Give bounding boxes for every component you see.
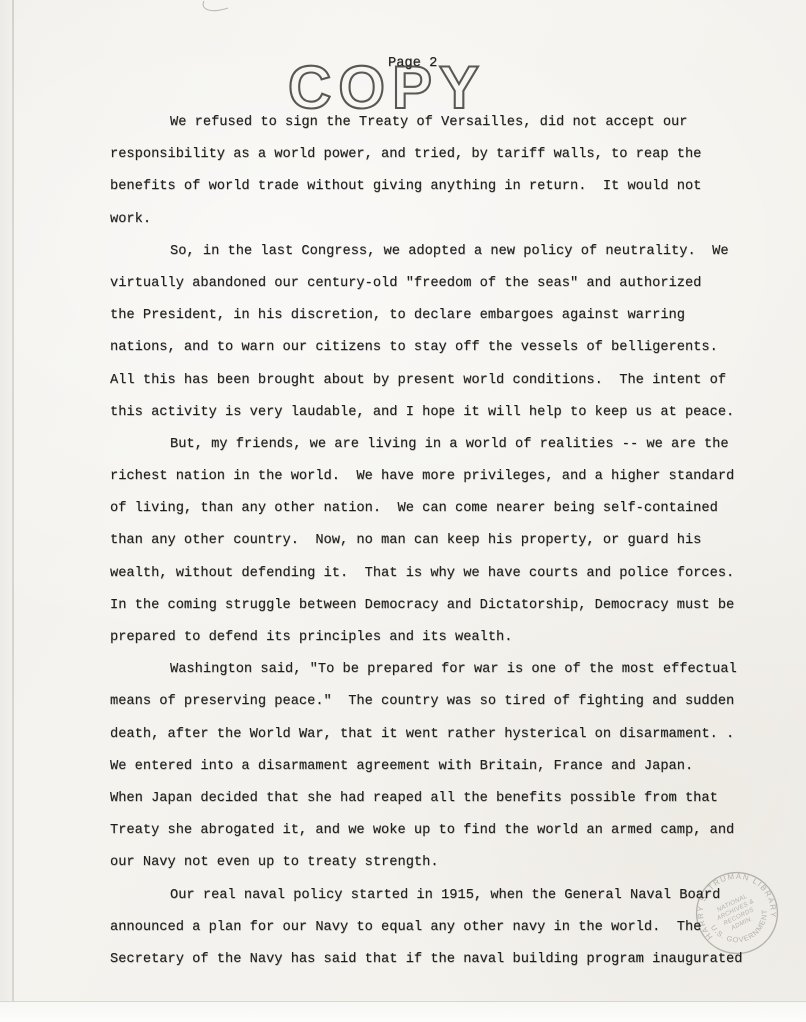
text-line: virtually abandoned our century-old "fre… — [110, 268, 770, 300]
scanned-document-page: HARRY S. TRUMAN LIBRARY U.S. GOVERNMENT … — [0, 0, 806, 1022]
scanner-background — [0, 1002, 806, 1022]
text-line: benefits of world trade without giving a… — [110, 171, 770, 203]
typed-text-block: We refused to sign the Treaty of Versail… — [110, 107, 770, 976]
paragraph-4: Washington said, "To be prepared for war… — [110, 654, 770, 879]
text-line: In the coming struggle between Democracy… — [110, 590, 770, 622]
text-line: the President, in his discretion, to dec… — [110, 300, 770, 332]
paper-left-edge — [12, 0, 14, 1001]
text-line: death, after the World War, that it went… — [110, 719, 770, 751]
paragraph-1: We refused to sign the Treaty of Versail… — [110, 107, 770, 236]
text-line: our Navy not even up to treaty strength. — [110, 847, 770, 879]
text-line: Washington said, "To be prepared for war… — [110, 654, 770, 686]
text-line: We entered into a disarmament agreement … — [110, 751, 770, 783]
text-line: All this has been brought about by prese… — [110, 365, 770, 397]
text-line: When Japan decided that she had reaped a… — [110, 783, 770, 815]
text-line: wealth, without defending it. That is wh… — [110, 558, 770, 590]
text-line: But, my friends, we are living in a worl… — [110, 429, 770, 461]
text-line: nations, and to warn our citizens to sta… — [110, 332, 770, 364]
text-line: announced a plan for our Navy to equal a… — [110, 912, 770, 944]
text-line: Our real naval policy started in 1915, w… — [110, 880, 770, 912]
text-line: prepared to defend its principles and it… — [110, 622, 770, 654]
text-line: Secretary of the Navy has said that if t… — [110, 944, 770, 976]
text-line: of living, than any other nation. We can… — [110, 493, 770, 525]
text-line: work. — [110, 204, 770, 236]
text-line: this activity is very laudable, and I ho… — [110, 397, 770, 429]
text-line: So, in the last Congress, we adopted a n… — [110, 236, 770, 268]
text-line: means of preserving peace." The country … — [110, 686, 770, 718]
paper-left-margin-shading — [0, 0, 12, 1001]
paragraph-5: Our real naval policy started in 1915, w… — [110, 880, 770, 977]
text-line: We refused to sign the Treaty of Versail… — [110, 107, 770, 139]
paragraph-3: But, my friends, we are living in a worl… — [110, 429, 770, 654]
text-line: richest nation in the world. We have mor… — [110, 461, 770, 493]
paragraph-2: So, in the last Congress, we adopted a n… — [110, 236, 770, 429]
text-line: responsibility as a world power, and tri… — [110, 139, 770, 171]
text-line: Treaty she abrogated it, and we woke up … — [110, 815, 770, 847]
text-line: than any other country. Now, no man can … — [110, 525, 770, 557]
pen-mark — [190, 0, 250, 20]
